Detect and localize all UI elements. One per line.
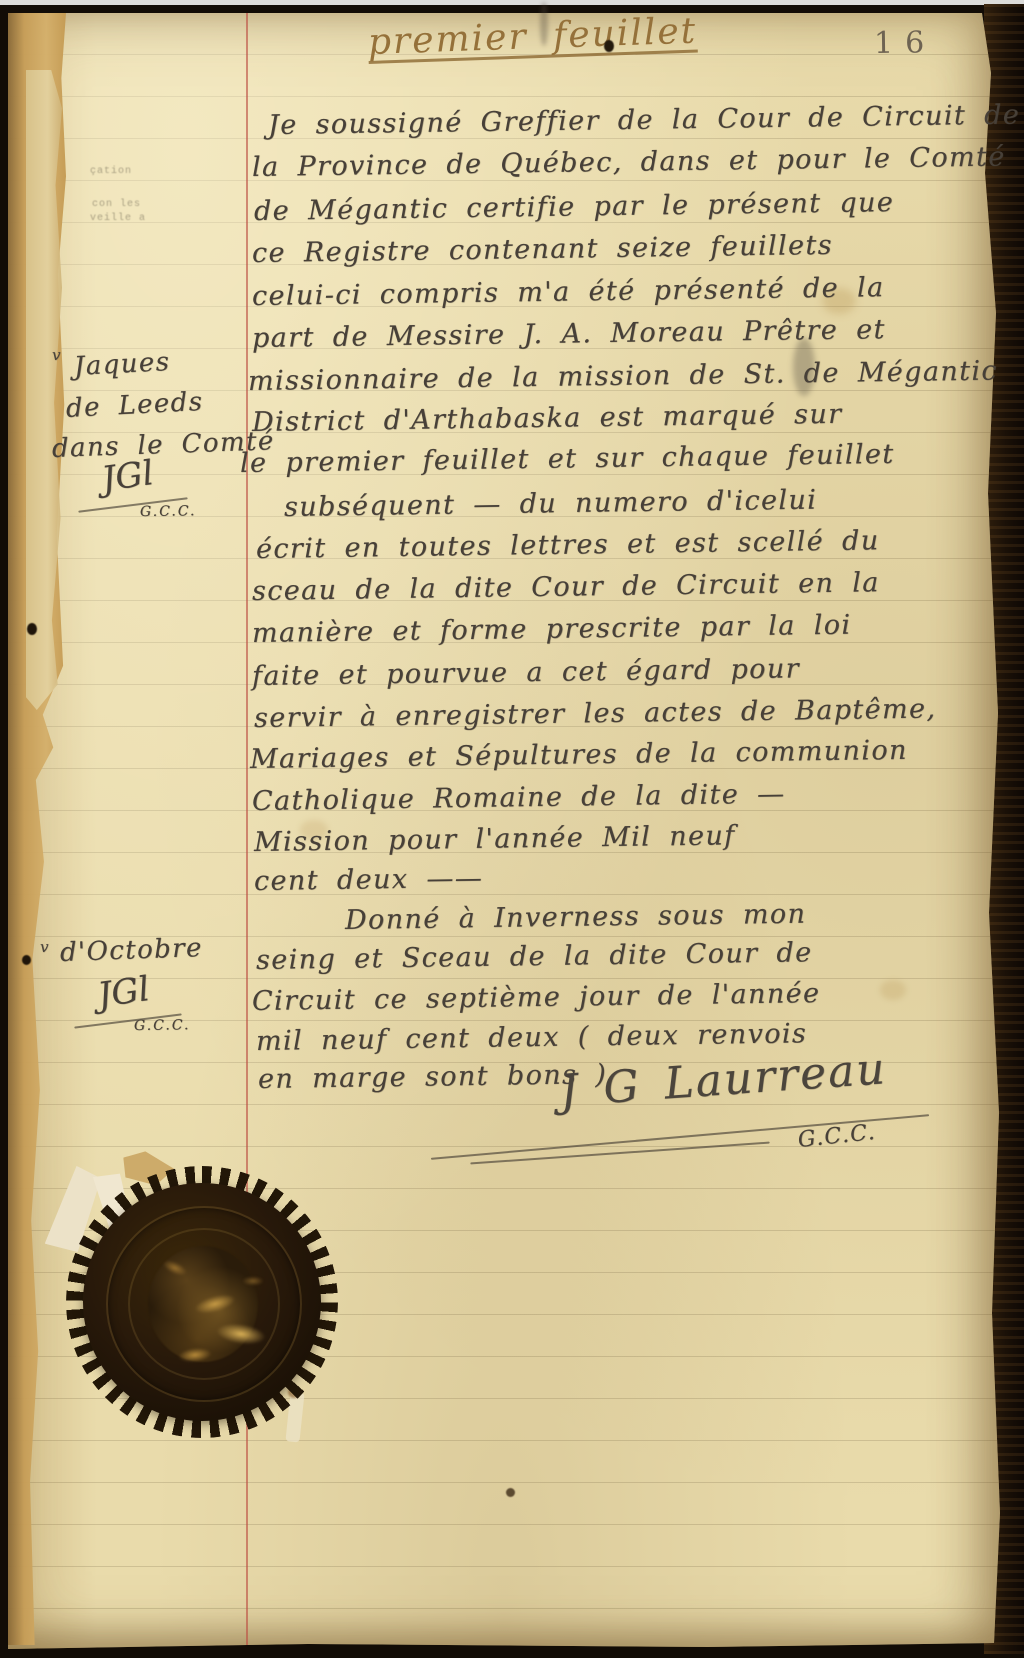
clerk-role: G.C.C. [134,1017,191,1034]
manuscript-line: cent deux —— [254,863,484,897]
court-wafer-seal [66,1166,338,1438]
page-number: 16 [874,25,937,61]
ghost-text-fragment: çation [90,166,132,177]
clerk-initials: JGl [95,969,152,1016]
ghost-text-fragment: veille a [90,213,146,224]
clerk-initials: JGl [99,453,156,500]
manuscript-line: en marge sont bons ) [258,1059,608,1095]
margin-note-line: Jaques [73,347,171,382]
ghost-text-fragment: con les [92,199,141,210]
manuscript-line: Donné à Inverness sous mon [345,899,807,936]
paper-hole [27,623,37,635]
clerk-role: G.C.C. [140,503,197,520]
paper-hole [22,955,31,965]
seal-glint [242,1276,264,1286]
renvoi-caret: v [40,938,50,956]
renvoi-caret: v [52,346,62,364]
margin-note-line: d'Octobre [59,933,203,968]
register-scan: { "page": { "title": "premier feuillet",… [0,0,1024,1658]
scanner-background-sliver [0,0,1024,5]
